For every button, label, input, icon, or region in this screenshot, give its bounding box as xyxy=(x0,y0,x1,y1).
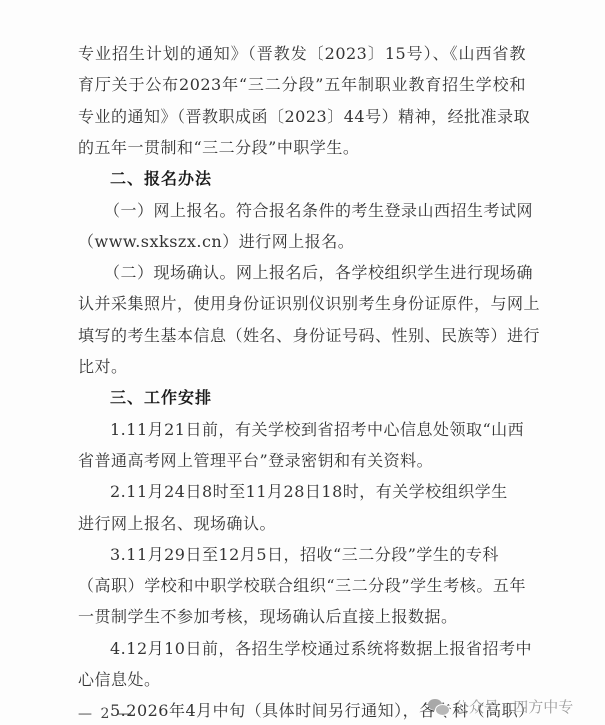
text-line: 认并采集照片，使用身份证识别仪识别考生身份证原件，与网上 xyxy=(78,294,526,314)
text-line: 心信息处。 xyxy=(78,670,526,690)
text-line: 比对。 xyxy=(78,357,526,377)
text-line: 专业招生计划的通知》（晋教发〔2023〕15号）、《山西省教 xyxy=(78,44,526,64)
section-heading: 三、工作安排 xyxy=(110,388,526,408)
text-line: 省普通高考网上管理平台”登录密钥和有关资料。 xyxy=(78,451,526,471)
wechat-icon xyxy=(428,698,450,716)
text-line: 1.11月21日前，有关学校到省招考中心信息处领取“山西 xyxy=(110,420,526,440)
text-line: 2.11月24日8时至11月28日18时，有关学校组织学生 xyxy=(110,482,526,502)
watermark-text: 公众号 · 四方中专 xyxy=(454,696,573,717)
text-line: 的五年一贯制和“三二分段”中职学生。 xyxy=(78,138,526,158)
text-line: 专业的通知》（晋教职成函〔2023〕44号）精神，经批准录取 xyxy=(78,107,526,127)
text-line: 4.12月10日前，各招生学校通过系统将数据上报省招考中 xyxy=(110,639,526,659)
text-line: 育厅关于公布2023年“三二分段”五年制职业教育招生学校和 xyxy=(78,75,526,95)
text-line: （www.sxkszx.cn）进行网上报名。 xyxy=(78,232,526,252)
text-line: （一）网上报名。符合报名条件的考生登录山西招生考试网 xyxy=(104,201,526,221)
text-line: 3.11月29日至12月5日，招收“三二分段”学生的专科 xyxy=(110,545,526,565)
text-line: 填写的考生基本信息（姓名、身份证号码、性别、民族等）进行 xyxy=(78,326,526,346)
page-number: — 2 — xyxy=(78,706,134,722)
watermark: 公众号 · 四方中专 xyxy=(428,696,573,717)
text-line: （高职）学校和中职学校联合组织“三二分段”学生考核。五年 xyxy=(78,576,526,596)
document-page: 专业招生计划的通知》（晋教发〔2023〕15号）、《山西省教育厅关于公布2023… xyxy=(0,0,605,725)
text-line: 一贯制学生不参加考核，现场确认后直接上报数据。 xyxy=(78,607,526,627)
section-heading: 二、报名办法 xyxy=(110,169,526,189)
text-line: （二）现场确认。网上报名后，各学校组织学生进行现场确 xyxy=(104,263,526,283)
text-line: 进行网上报名、现场确认。 xyxy=(78,514,526,534)
